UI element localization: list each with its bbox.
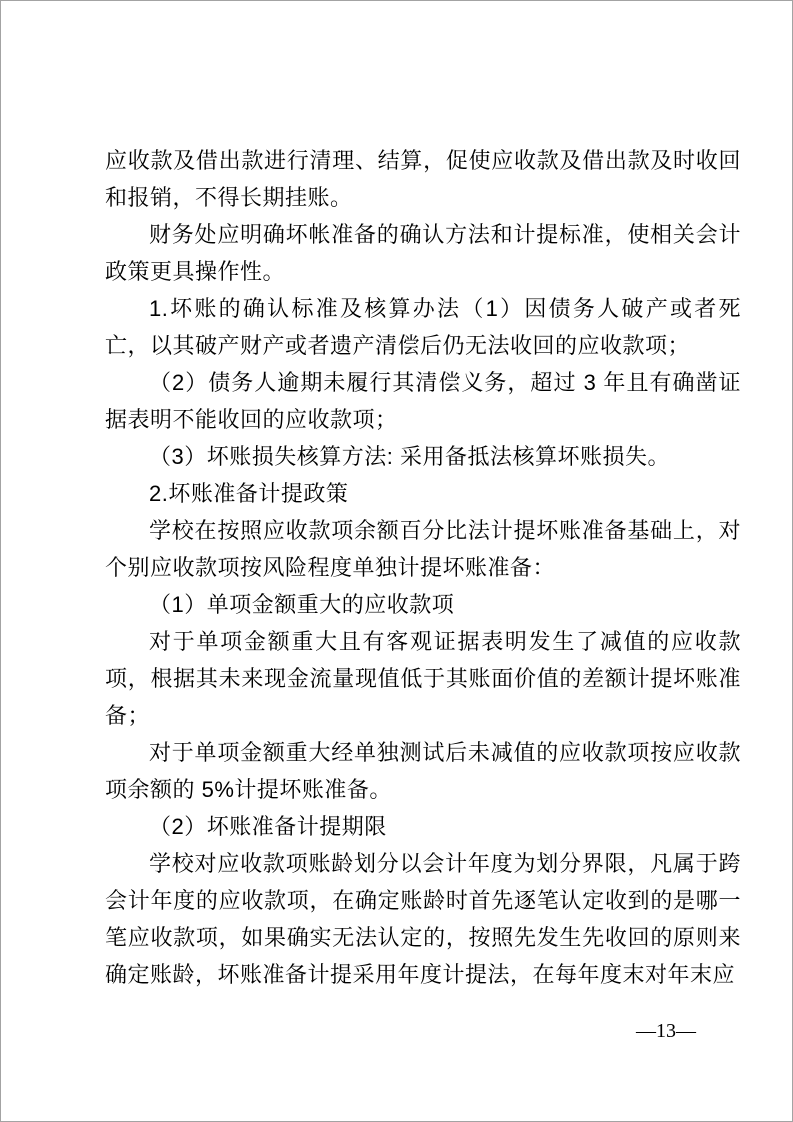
paragraph: 应收款及借出款进行清理、结算，促使应收款及借出款及时收回和报销，不得长期挂账。 bbox=[105, 142, 741, 216]
paragraph: 学校对应收款项账龄划分以会计年度为划分界限，凡属于跨会计年度的应收款项，在确定账… bbox=[105, 845, 741, 993]
paragraph: （3）坏账损失核算方法: 采用备抵法核算坏账损失。 bbox=[105, 438, 741, 475]
paragraph: （2）债务人逾期未履行其清偿义务，超过 3 年且有确凿证据表明不能收回的应收款项… bbox=[105, 364, 741, 438]
paragraph: 对于单项金额重大且有客观证据表明发生了减值的应收款项，根据其未来现金流量现值低于… bbox=[105, 623, 741, 734]
document-body: 应收款及借出款进行清理、结算，促使应收款及借出款及时收回和报销，不得长期挂账。 … bbox=[105, 142, 741, 993]
paragraph: 学校在按照应收款项余额百分比法计提坏账准备基础上，对个别应收款项按风险程度单独计… bbox=[105, 512, 741, 586]
page-number: —13— bbox=[636, 1020, 696, 1042]
paragraph: （1）单项金额重大的应收款项 bbox=[105, 586, 741, 623]
paragraph: 1.坏账的确认标准及核算办法（1）因债务人破产或者死亡，以其破产财产或者遗产清偿… bbox=[105, 290, 741, 364]
paragraph: 财务处应明确坏帐准备的确认方法和计提标准，使相关会计政策更具操作性。 bbox=[105, 216, 741, 290]
document-page: 应收款及借出款进行清理、结算，促使应收款及借出款及时收回和报销，不得长期挂账。 … bbox=[0, 0, 793, 1122]
paragraph: 对于单项金额重大经单独测试后未减值的应收款项按应收款项余额的 5%计提坏账准备。 bbox=[105, 734, 741, 808]
paragraph: 2.坏账准备计提政策 bbox=[105, 475, 741, 512]
paragraph: （2）坏账准备计提期限 bbox=[105, 808, 741, 845]
